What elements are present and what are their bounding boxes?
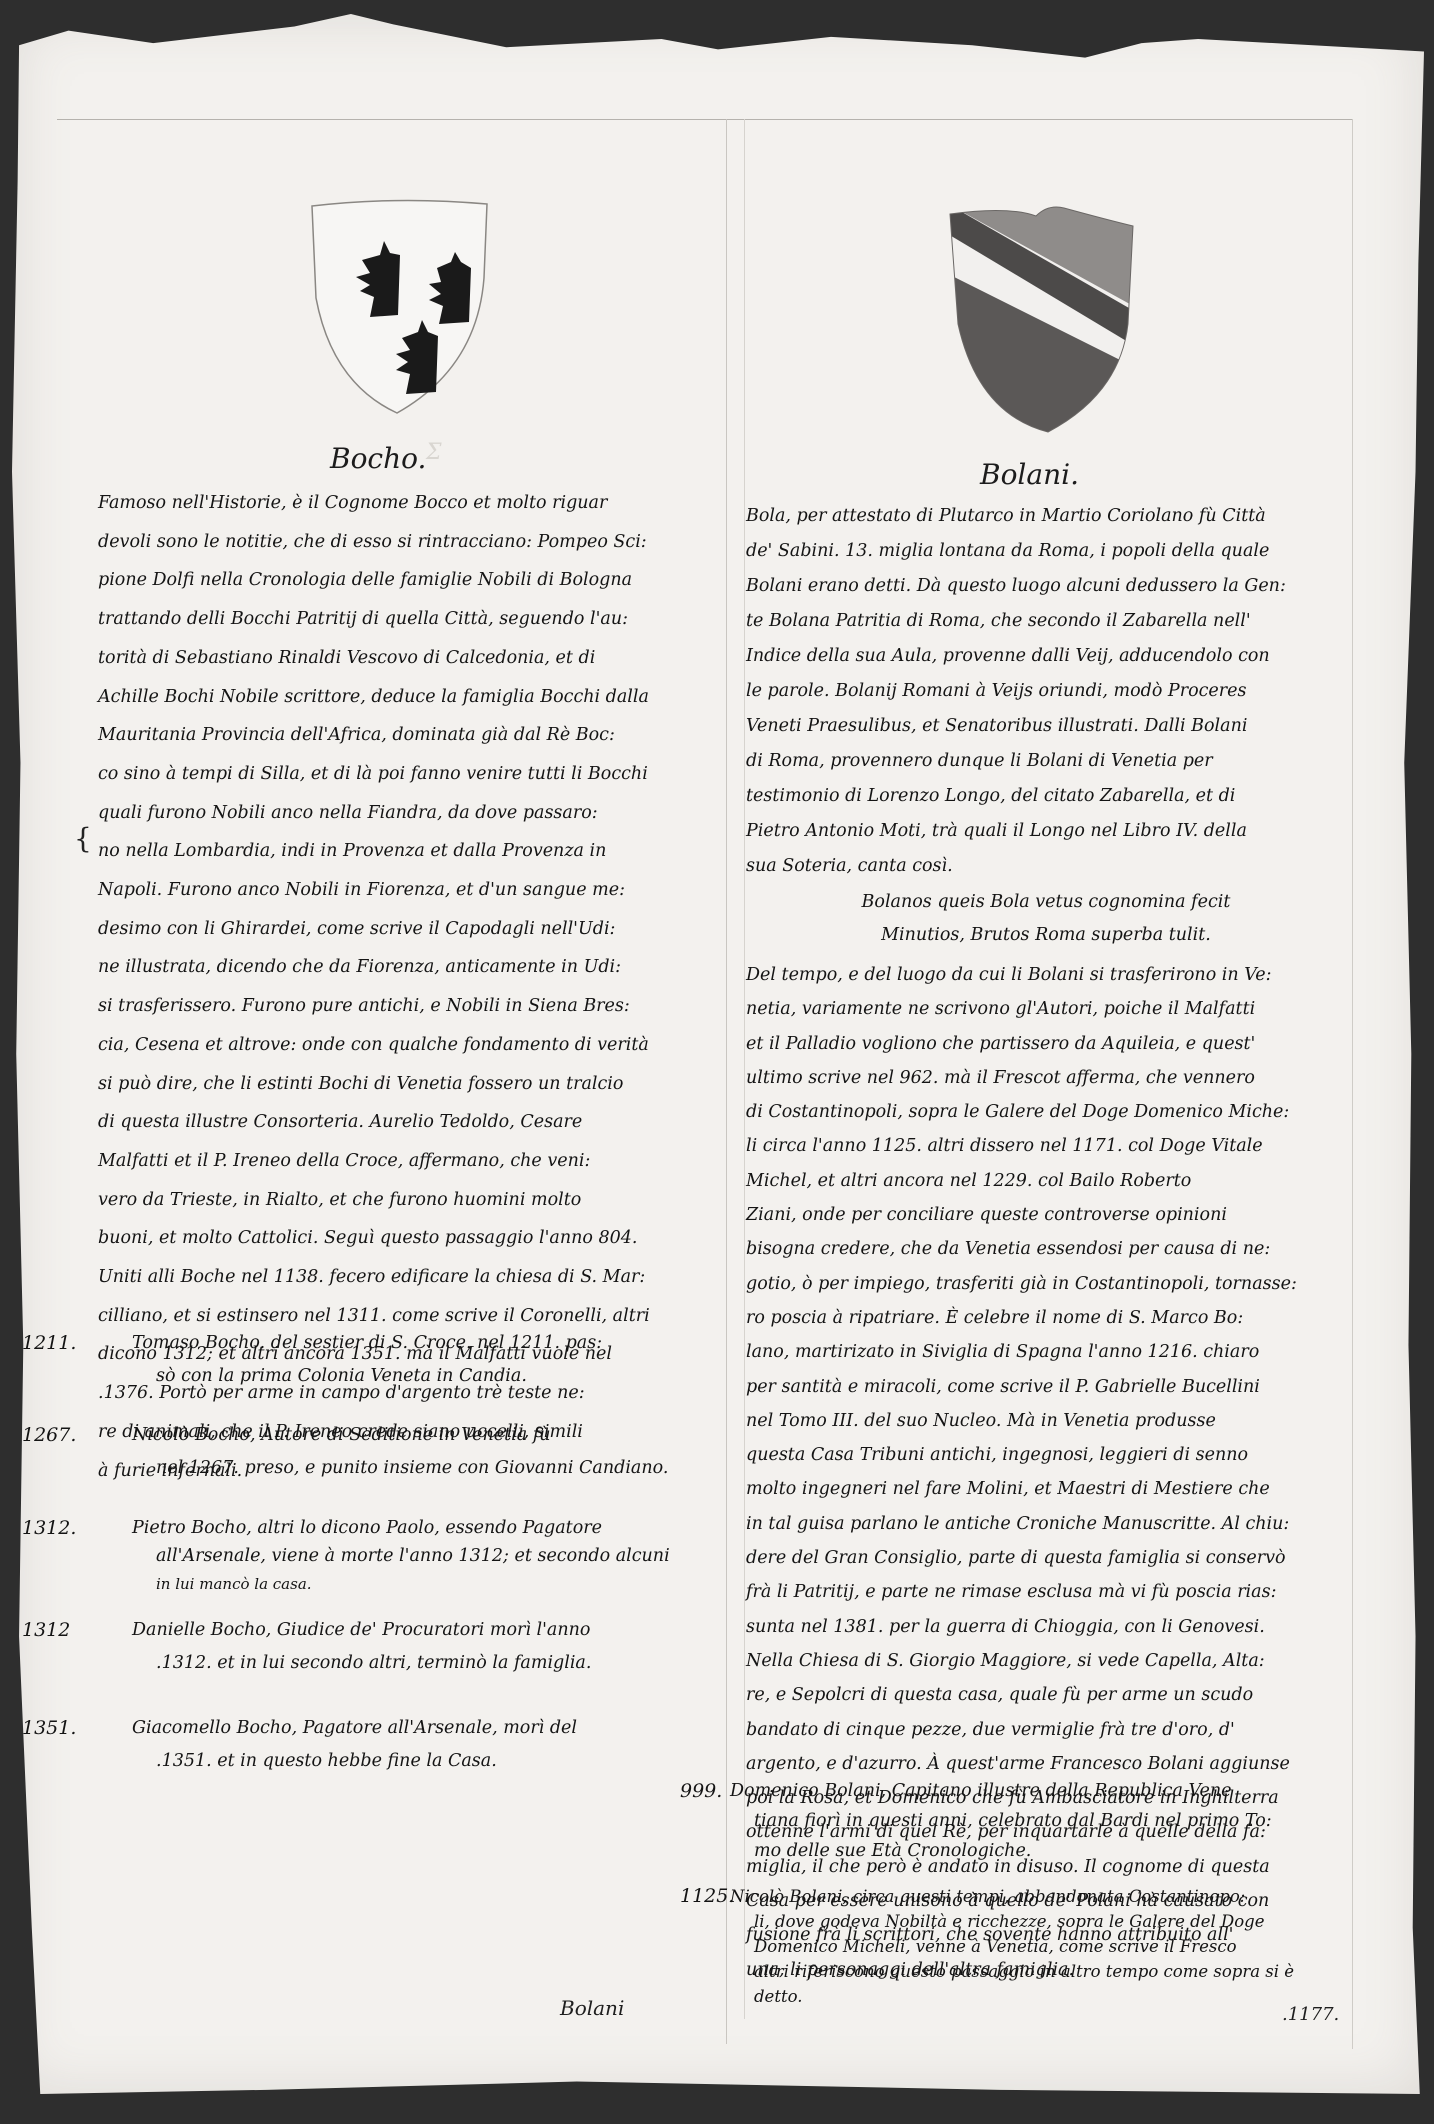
text-line: pione Dolfi nella Cronologia delle famig… xyxy=(124,561,718,600)
text-line: in tal guisa parlano le antiche Croniche… xyxy=(746,1507,1346,1541)
entry-line: .1351. et in questo hebbe fine la Casa. xyxy=(132,1745,732,1778)
bocho-entry: 1351. Giacomello Bocho, Pagatore all'Ars… xyxy=(132,1712,732,1778)
page-number: .1177. xyxy=(1282,2004,1339,2025)
entry-year: 1211. xyxy=(22,1327,76,1360)
text-line: di Roma, provennero dunque li Bolani di … xyxy=(772,744,1346,779)
entry-year: 1312 xyxy=(22,1614,70,1647)
manuscript-page: Bocho. Σ Bolani. Famoso nell'Historie, è… xyxy=(12,14,1424,2094)
bolani-intro-paragraph: Bola, per attestato di Plutarco in Marti… xyxy=(746,499,1346,884)
text-line: ultimo scrive nel 962. mà il Frescot aff… xyxy=(746,1061,1346,1095)
text-line: Veneti Praesulibus, et Senatoribus illus… xyxy=(772,709,1346,744)
text-line: quali furono Nobili anco nella Fiandra, … xyxy=(124,794,718,833)
text-line: nel Tomo III. del suo Nucleo. Mà in Vene… xyxy=(746,1404,1346,1438)
text-line: vero da Trieste, in Rialto, et che furon… xyxy=(124,1181,718,1220)
text-line: per santità e miracoli, come scrive il P… xyxy=(746,1370,1346,1404)
text-line: Bolani erano detti. Dà questo luogo alcu… xyxy=(772,569,1346,604)
verse-line: Bolanos queis Bola vetus cognomina fecit xyxy=(746,886,1346,919)
entry-line: Pietro Bocho, altri lo dicono Paolo, ess… xyxy=(132,1514,732,1542)
shield-three-heads-icon xyxy=(302,198,502,428)
verse-line: Minutios, Brutos Roma superba tulit. xyxy=(746,919,1346,952)
latin-verse: Bolanos queis Bola vetus cognomina fecit… xyxy=(746,886,1346,952)
entry-line: li, dove godeva Nobiltà e ricchezze, sop… xyxy=(730,1909,1350,1934)
text-line: Del tempo, e del luogo da cui li Bolani … xyxy=(746,958,1346,992)
entry-line: nel 1267. preso, e punito insieme con Gi… xyxy=(132,1452,732,1485)
entry-line: tiana fiorì in questi anni, celebrato da… xyxy=(730,1806,1350,1836)
margin-bracket-mark: { xyxy=(74,822,92,855)
column-divider-secondary xyxy=(744,119,745,2019)
text-line: si trasferissero. Furono pure antichi, e… xyxy=(124,987,718,1026)
text-line: gotio, ò per impiego, trasferiti già in … xyxy=(746,1267,1346,1301)
entry-line: Giacomello Bocho, Pagatore all'Arsenale,… xyxy=(132,1712,732,1745)
shield-bend-icon xyxy=(948,204,1148,444)
ruled-line-top xyxy=(57,119,1352,120)
right-column: Bola, per attestato di Plutarco in Marti… xyxy=(746,499,1346,1987)
text-line: re, e Sepolcri di questa casa, quale fù … xyxy=(746,1678,1346,1712)
text-line: Achille Bochi Nobile scrittore, deduce l… xyxy=(124,678,718,717)
text-line: Mauritania Provincia dell'Africa, domina… xyxy=(124,716,718,755)
text-line: bisogna credere, che da Venetia essendos… xyxy=(746,1232,1346,1266)
text-line: Napoli. Furono anco Nobili in Fiorenza, … xyxy=(124,871,718,910)
text-line: bandato di cinque pezze, due vermiglie f… xyxy=(746,1713,1346,1747)
ruled-line-right xyxy=(1352,119,1353,2049)
entry-line: .1312. et in lui secondo altri, terminò … xyxy=(132,1647,732,1680)
text-line: cia, Cesena et altrove: onde con qualche… xyxy=(124,1026,718,1065)
bocho-entry: 1211. Tomaso Bocho. del sestier di S. Cr… xyxy=(132,1327,732,1393)
entry-year: 1351. xyxy=(22,1712,76,1745)
entry-line: altri riferiscono questo passaggio in al… xyxy=(730,1959,1350,1984)
text-line: buoni, et molto Cattolici. Seguì questo … xyxy=(124,1219,718,1258)
text-line: questa Casa Tribuni antichi, ingegnosi, … xyxy=(746,1438,1346,1472)
entry-year: 1312. xyxy=(22,1514,76,1542)
text-line: no nella Lombardia, indi in Provenza et … xyxy=(124,832,718,871)
entry-line: Tomaso Bocho. del sestier di S. Croce. n… xyxy=(132,1327,732,1360)
text-line: desimo con li Ghirardei, come scrive il … xyxy=(124,910,718,949)
text-line: de' Sabini. 13. miglia lontana da Roma, … xyxy=(772,534,1346,569)
entry-year: 1267. xyxy=(22,1419,76,1452)
entry-line: detto. xyxy=(730,1984,1350,2009)
text-line: lano, martirizato in Siviglia di Spagna … xyxy=(746,1335,1346,1369)
entry-line: all'Arsenale, viene à morte l'anno 1312;… xyxy=(132,1542,732,1570)
text-line: Ziani, onde per conciliare queste contro… xyxy=(746,1198,1346,1232)
heading-bolani: Bolani. xyxy=(980,458,1079,491)
text-line: testimonio di Lorenzo Longo, del citato … xyxy=(772,779,1346,814)
bolani-entry: 1125. Nicolò Bolani, circa questi tempi,… xyxy=(730,1884,1350,2009)
text-line: Famoso nell'Historie, è il Cognome Bocco… xyxy=(124,484,718,523)
text-line: Nella Chiesa di S. Giorgio Maggiore, si … xyxy=(746,1644,1346,1678)
bocho-entry: 1312 Danielle Bocho, Giudice de' Procura… xyxy=(132,1614,732,1680)
text-line: co sino à tempi di Silla, et di là poi f… xyxy=(124,755,718,794)
text-line: Uniti alli Boche nel 1138. fecero edific… xyxy=(124,1258,718,1297)
text-line: netia, variamente ne scrivono gl'Autori,… xyxy=(746,992,1346,1026)
text-line: torità di Sebastiano Rinaldi Vescovo di … xyxy=(124,639,718,678)
text-line: frà li Patritij, e parte ne rimase esclu… xyxy=(746,1575,1346,1609)
text-line: Malfatti et il P. Ireneo della Croce, af… xyxy=(124,1142,718,1181)
entry-year: 999. xyxy=(680,1776,722,1806)
text-line: ne illustrata, dicendo che da Fiorenza, … xyxy=(124,948,718,987)
text-line: Michel, et altri ancora nel 1229. col Ba… xyxy=(746,1164,1346,1198)
bleed-through-text: Σ xyxy=(426,440,442,465)
text-line: te Bolana Patritia di Roma, che secondo … xyxy=(772,604,1346,639)
text-line: di Costantinopoli, sopra le Galere del D… xyxy=(746,1095,1346,1129)
text-line: ro poscia à ripatriare. È celebre il nom… xyxy=(746,1301,1346,1335)
catchword: Bolani xyxy=(560,1996,624,2020)
text-line: dere del Gran Consiglio, parte di questa… xyxy=(746,1541,1346,1575)
entry-line: sò con la prima Colonia Veneta in Candia… xyxy=(132,1360,732,1393)
entry-year: 1125. xyxy=(680,1884,734,1909)
text-line: sunta nel 1381. per la guerra di Chioggi… xyxy=(746,1610,1346,1644)
bolani-entry: 999. Domenico Bolani, Capitano illustre … xyxy=(730,1776,1350,1866)
entry-line: Nicolò Bocho, Autore di Seditione in Ven… xyxy=(132,1419,732,1452)
text-line: Bola, per attestato di Plutarco in Marti… xyxy=(772,499,1346,534)
entry-line: mo delle sue Età Cronologiche. xyxy=(730,1836,1350,1866)
bocho-entry: 1267. Nicolò Bocho, Autore di Seditione … xyxy=(132,1419,732,1485)
text-line: Pietro Antonio Moti, trà quali il Longo … xyxy=(772,814,1346,849)
entry-line: Danielle Bocho, Giudice de' Procuratori … xyxy=(132,1614,732,1647)
text-line: trattando delli Bocchi Patritij di quell… xyxy=(124,600,718,639)
text-line: et il Palladio vogliono che partissero d… xyxy=(746,1027,1346,1061)
text-line: si può dire, che li estinti Bochi di Ven… xyxy=(124,1065,718,1104)
text-line: devoli sono le notitie, che di esso si r… xyxy=(124,523,718,562)
text-line: le parole. Bolanij Romani à Veijs oriund… xyxy=(772,674,1346,709)
text-line: li circa l'anno 1125. altri dissero nel … xyxy=(746,1129,1346,1163)
entry-line: Domenico Micheli, venne à Venetia, come … xyxy=(730,1934,1350,1959)
text-line: Indice della sua Aula, provenne dalli Ve… xyxy=(772,639,1346,674)
heading-bocho: Bocho. xyxy=(330,442,426,475)
entry-line: Domenico Bolani, Capitano illustre della… xyxy=(730,1776,1350,1806)
text-line: sua Soteria, canta così. xyxy=(772,849,1346,884)
text-line: molto ingegneri nel fare Molini, et Maes… xyxy=(746,1472,1346,1506)
text-line: di questa illustre Consorteria. Aurelio … xyxy=(124,1103,718,1142)
bocho-entry: 1312. Pietro Bocho, altri lo dicono Paol… xyxy=(132,1514,732,1598)
entry-line: Nicolò Bolani, circa questi tempi, abban… xyxy=(730,1884,1350,1909)
entry-line: in lui mancò la casa. xyxy=(132,1570,732,1598)
